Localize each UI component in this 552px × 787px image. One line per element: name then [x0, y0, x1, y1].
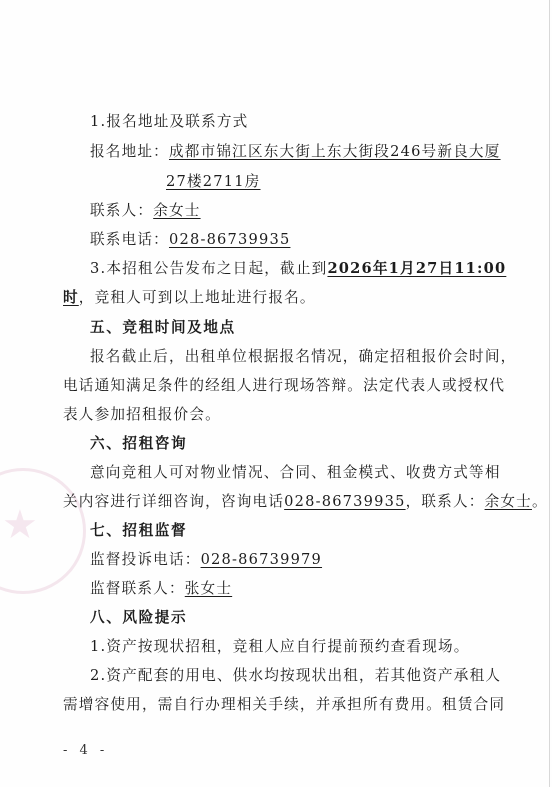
section-6-para-line-2: 关内容进行详细咨询，咨询电话028-86739935，联系人：余女士。 [63, 492, 548, 512]
page-number: - 4 - [63, 743, 108, 758]
section-8-title: 八、风险提示 [90, 608, 187, 628]
phone-label: 联系电话： [90, 231, 169, 248]
complaint-phone-line: 监督投诉电话：028-86739979 [90, 550, 322, 570]
deadline-value: 2026年1月27日11:00 [327, 260, 506, 277]
deadline-prefix: 3.本招租公告发布之日起，截止到 [90, 260, 327, 277]
address-value-continued: 27楼2711房 [166, 173, 261, 190]
risk-item-2-line-2: 需增容使用，需自行办理相关手续，并承担所有费用。租赁合同 [63, 695, 505, 715]
address-value: 成都市锦江区东大街上东大街段246号新良大厦 [169, 143, 501, 160]
supervisor-value: 张女士 [185, 580, 232, 597]
complaint-phone: 028-86739979 [201, 551, 322, 568]
risk-item-2-line-1: 2.资产配套的用电、供水均按现状出租，若其他资产承租人 [90, 666, 501, 686]
deadline-line: 3.本招租公告发布之日起，截止到2026年1月27日11:00 [90, 259, 506, 279]
section-5-para-line-3: 表人参加招租报价会。 [63, 405, 221, 425]
address-line: 报名地址：成都市锦江区东大街上东大街段246号新良大厦 [90, 142, 501, 162]
registration-item-title: 1.报名地址及联系方式 [90, 112, 248, 132]
contact-line: 联系人：余女士 [90, 201, 201, 221]
seal-star-icon: ★ [2, 505, 38, 545]
address-line-2: 27楼2711房 [166, 172, 261, 192]
consult-phone: 028-86739935 [284, 493, 405, 510]
section-6-title: 六、招租咨询 [90, 434, 187, 454]
consult-mid: ，联系人： [406, 493, 485, 510]
risk-item-1: 1.资产按现状招租，竞租人应自行提前预约查看现场。 [90, 637, 470, 657]
contact-label: 联系人： [90, 202, 153, 219]
phone-value: 028-86739935 [169, 231, 290, 248]
deadline-value-tail: 时 [63, 289, 79, 306]
section-5-para-line-1: 报名截止后，出租单位根据报名情况，确定招租报价会时间， [90, 347, 516, 367]
deadline-suffix: ，竞租人可到以上地址进行报名。 [79, 289, 316, 306]
consult-prefix: 关内容进行详细咨询，咨询电话 [63, 493, 284, 510]
address-label: 报名地址： [90, 143, 169, 160]
complaint-label: 监督投诉电话： [90, 551, 201, 568]
phone-line: 联系电话：028-86739935 [90, 230, 290, 250]
supervisor-contact-line: 监督联系人：张女士 [90, 579, 232, 599]
section-7-title: 七、招租监督 [90, 521, 187, 541]
section-6-para-line-1: 意向竞租人可对物业情况、合同、租金模式、收费方式等相 [90, 463, 501, 483]
page-edge [549, 0, 550, 787]
consult-end: 。 [532, 493, 548, 510]
section-5-para-line-2: 电话通知满足条件的经组人进行现场答辩。法定代表人或授权代 [63, 376, 505, 396]
section-5-title: 五、竞租时间及地点 [90, 318, 236, 338]
item-title-text: 1.报名地址及联系方式 [90, 113, 248, 130]
supervisor-label: 监督联系人： [90, 580, 185, 597]
consult-contact: 余女士 [485, 493, 532, 510]
document-page: ★ 1.报名地址及联系方式 报名地址：成都市锦江区东大街上东大街段246号新良大… [0, 0, 552, 787]
contact-value: 余女士 [153, 202, 200, 219]
deadline-line-2: 时，竞租人可到以上地址进行报名。 [63, 288, 316, 308]
